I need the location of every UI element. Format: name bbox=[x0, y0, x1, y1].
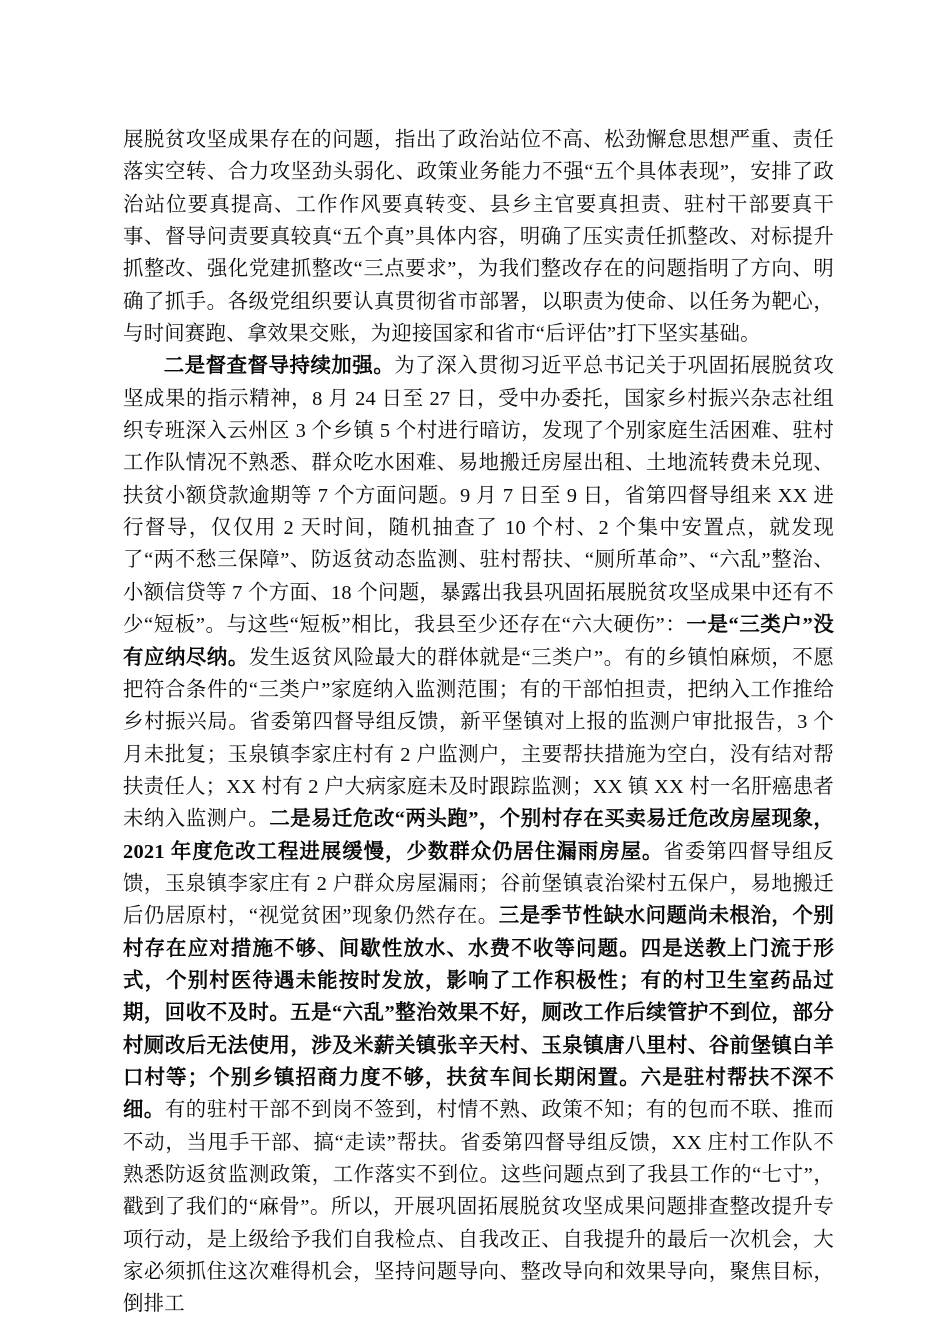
paragraph-second-point: 二是督查督导持续加强。为了深入贯彻习近平总书记关于巩固拓展脱贫攻坚成果的指示精神… bbox=[123, 350, 834, 1320]
text-run: 发生返贫风险最大的群体就是“三类户”。有的乡镇怕麻烦，不愿把符合条件的“三类户”… bbox=[123, 647, 834, 831]
text-run: 有的驻村干部不到岗不签到，村情不熟、政策不知；有的包而不联、推而不动，当甩手干部… bbox=[123, 1099, 834, 1315]
paragraph-continuation: 展脱贫攻坚成果存在的问题，指出了政治站位不高、松劲懈怠思想严重、责任落实空转、合… bbox=[123, 124, 834, 350]
document-body-text: 展脱贫攻坚成果存在的问题，指出了政治站位不高、松劲懈怠思想严重、责任落实空转、合… bbox=[123, 124, 834, 1321]
bold-lead-in-supervision: 二是督查督导持续加强。 bbox=[164, 355, 395, 377]
text-run: 为了深入贯彻习近平总书记关于巩固拓展脱贫攻坚成果的指示精神，8 月 24 日至 … bbox=[123, 355, 834, 636]
bold-lead-in-items-three-to-six: 三是季节性缺水问题尚未根治，个别村存在应对措施不够、间歇性放水、水费不收等问题。… bbox=[123, 905, 834, 1121]
text-run: 展脱贫攻坚成果存在的问题，指出了政治站位不高、松劲懈怠思想严重、责任落实空转、合… bbox=[123, 129, 834, 345]
document-page: 展脱贫攻坚成果存在的问题，指出了政治站位不高、松劲懈怠思想严重、责任落实空转、合… bbox=[0, 0, 950, 1344]
